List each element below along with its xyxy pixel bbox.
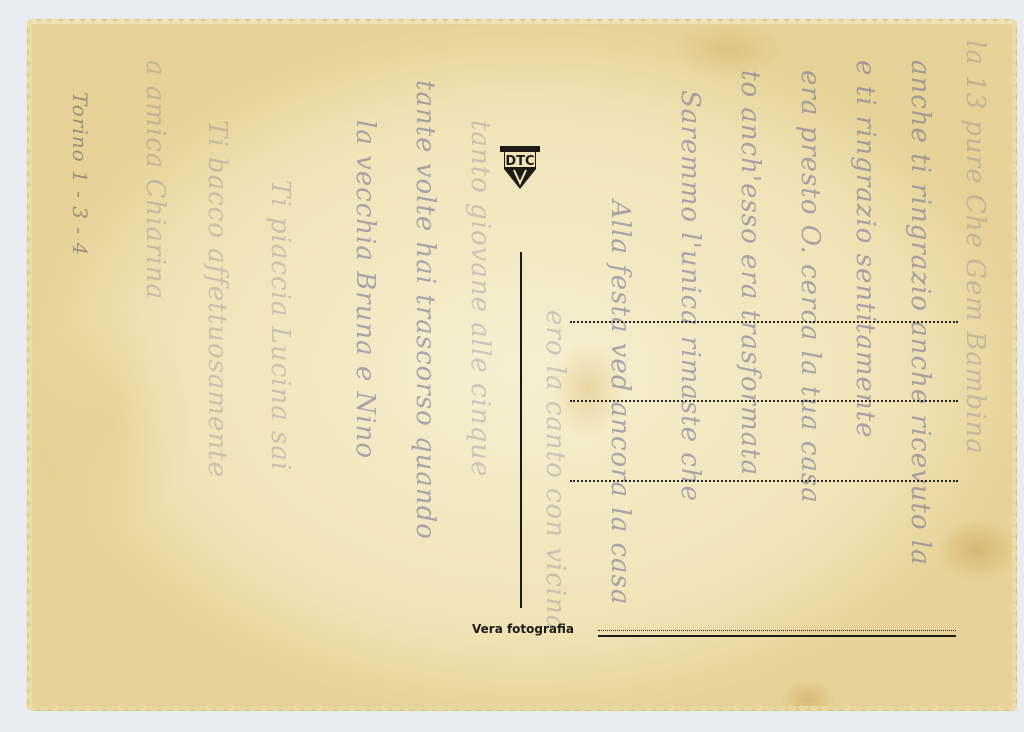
message-address-divider (520, 252, 522, 608)
handwriting-line: tante volte hai trascorso quando (410, 80, 440, 540)
handwriting-line: Alla festa ved ancora la casa (605, 200, 635, 605)
dtc-shield-icon: DTC (497, 143, 543, 191)
handwriting-place-date: Torino 1 - 3 - 4 (68, 92, 92, 256)
handwriting-line: la vecchia Bruna e Nino (350, 120, 380, 459)
handwriting-line: tanto giovane alle cinque (465, 120, 495, 477)
handwriting-line: Ti piaccia Lucina sai (265, 180, 295, 471)
address-line (570, 480, 958, 482)
handwriting-line: ero la canto con vicina (540, 310, 570, 631)
handwriting-line: era presto O. cerca la tua casa (795, 70, 825, 504)
address-line (570, 321, 958, 323)
vera-fotografia-dotted-line (598, 630, 956, 631)
svg-text:DTC: DTC (505, 154, 534, 169)
vera-fotografia-underline (598, 635, 956, 637)
handwriting-line: e ti ringrazio sentitamente (850, 60, 880, 438)
handwriting-line: a amica Chiarina (140, 60, 170, 300)
handwriting-line: Ti bacco affettuosamente (202, 120, 232, 478)
handwriting-line: anche ti ringrazio anche ricevuto la (905, 60, 935, 566)
handwriting-line: Saremmo l'unica rimaste che (675, 90, 705, 502)
handwriting-line: la 13 pure Che Gem Bambina (960, 40, 990, 455)
handwriting-line: to anch'esso era trasformata (735, 70, 765, 476)
address-line (570, 400, 958, 402)
vera-fotografia-label: Vera fotografia (472, 622, 574, 636)
